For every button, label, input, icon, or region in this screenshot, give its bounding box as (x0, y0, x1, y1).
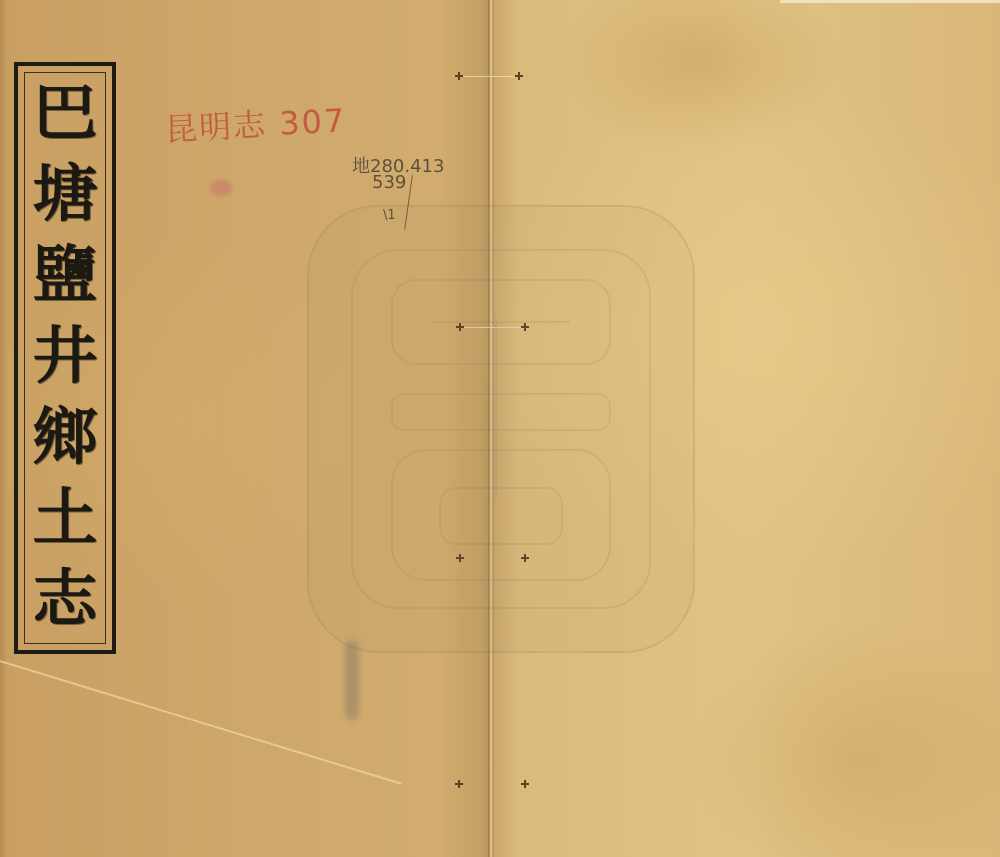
paper-crease (0, 660, 402, 785)
title-char: 志 (32, 558, 97, 639)
stitch-mark-icon (456, 554, 464, 562)
title-char: 巴 (32, 72, 97, 153)
scanned-cover-spread: 巴 塘 鹽 井 鄉 土 志 昆明志 307 地280.413 539 \1 (0, 0, 1000, 857)
pencil-call-number-line2: 539 (372, 172, 406, 193)
red-ink-catalog-annotation: 昆明志 307 (164, 95, 347, 150)
paper-edge-strip (780, 0, 1000, 3)
title-char: 塘 (32, 153, 97, 234)
stitch-mark-icon (521, 554, 529, 562)
book-spine-fold (488, 0, 494, 857)
library-seal-watermark-icon (300, 198, 702, 660)
stitch-mark-icon (455, 780, 463, 788)
stitch-mark-icon (521, 323, 529, 331)
stitch-mark-icon (521, 780, 529, 788)
red-stain (210, 180, 232, 196)
cover-title: 巴 塘 鹽 井 鄉 土 志 (18, 72, 112, 639)
title-char: 井 (32, 315, 97, 396)
left-edge-shadow (0, 0, 8, 857)
title-char: 鹽 (32, 234, 97, 315)
stitch-mark-icon (456, 323, 464, 331)
stitch-mark-icon (455, 72, 463, 80)
binding-thread (458, 76, 522, 77)
spine-shadow (440, 0, 490, 857)
pencil-call-number-line3: \1 (383, 208, 396, 223)
cover-title-label: 巴 塘 鹽 井 鄉 土 志 (14, 62, 116, 654)
binding-thread (460, 327, 526, 328)
grey-stain (345, 640, 359, 720)
title-char: 鄉 (32, 396, 97, 477)
title-char: 土 (32, 477, 97, 558)
stitch-mark-icon (515, 72, 523, 80)
